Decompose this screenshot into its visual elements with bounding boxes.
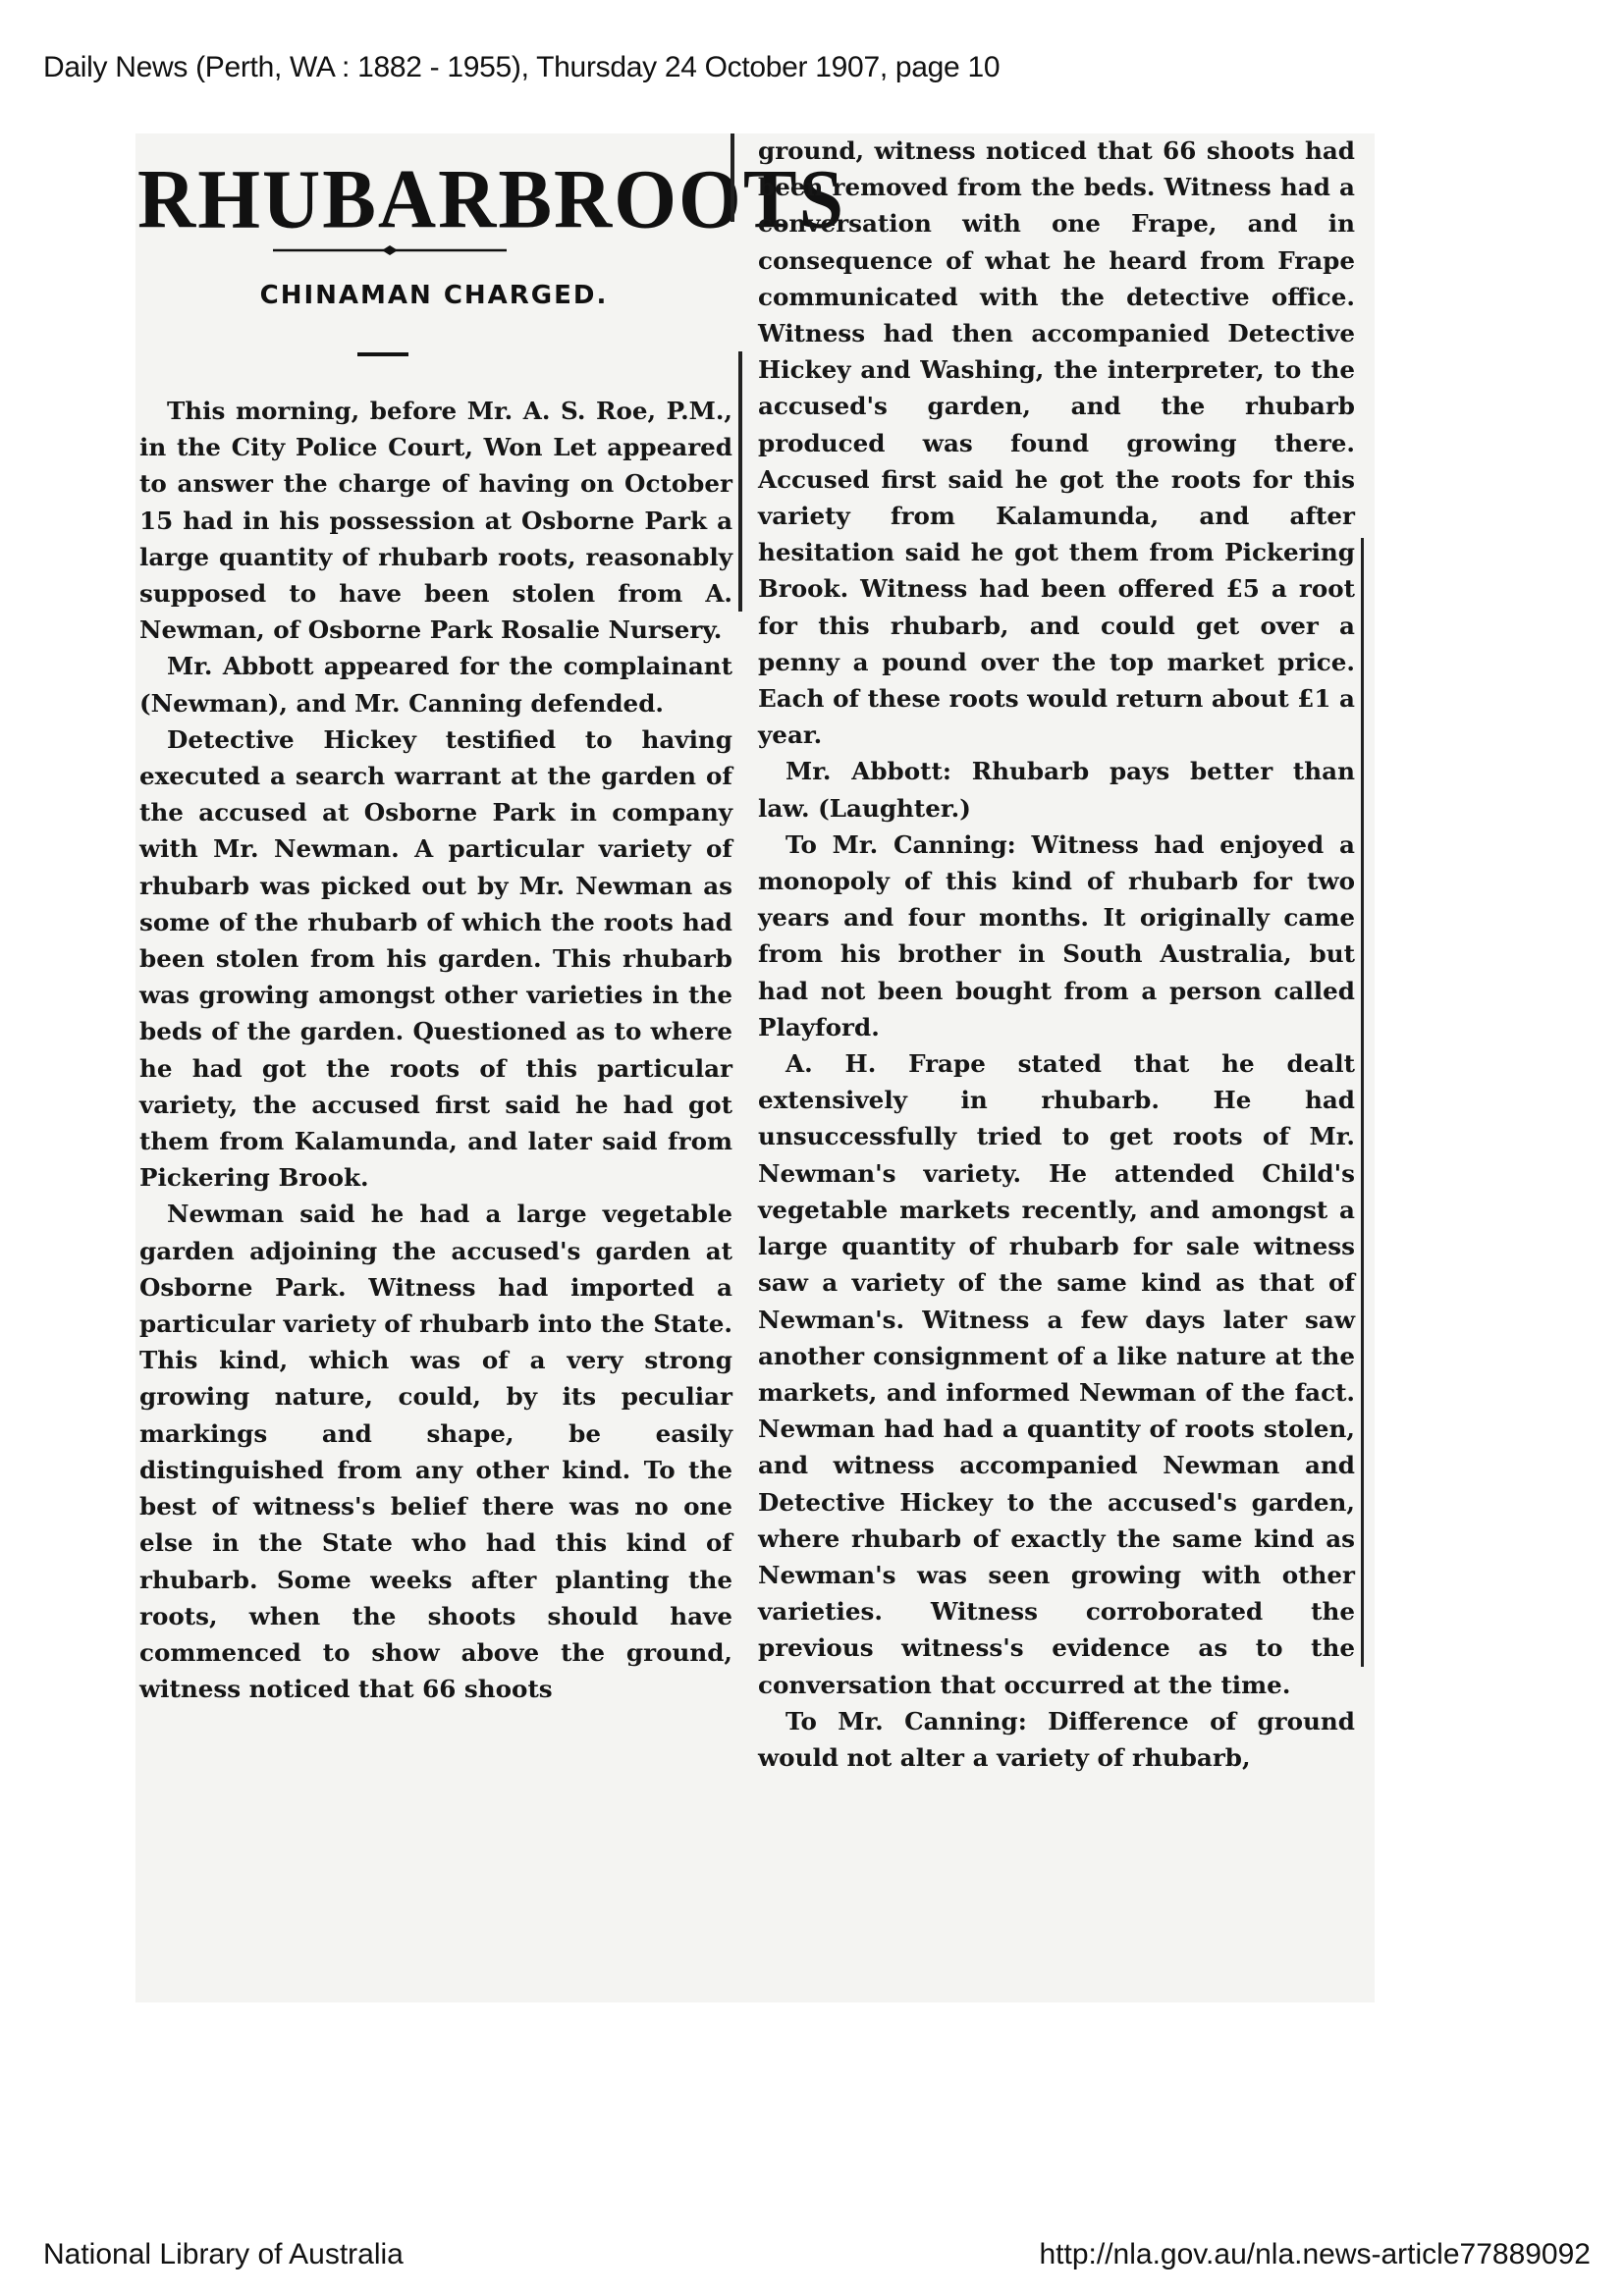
column-rule — [731, 133, 734, 222]
section-divider — [357, 352, 408, 356]
paragraph: Detective Hickey testified to having exe… — [139, 721, 732, 1197]
article-column-left: This morning, before Mr. A. S. Roe, P.M.… — [139, 393, 732, 1707]
paragraph: To Mr. Canning: Difference of ground wou… — [758, 1703, 1355, 1776]
article-headline: RHUBARB ROOTS — [137, 153, 731, 246]
footer-source: National Library of Australia — [43, 2238, 404, 2271]
paragraph: Mr. Abbott: Rhubarb pays better than law… — [758, 753, 1355, 826]
ornament-rule-icon — [273, 245, 507, 255]
paragraph: Newman said he had a large vegetable gar… — [139, 1196, 732, 1707]
headline-word: RHUBARB — [137, 153, 554, 246]
footer-url[interactable]: http://nla.gov.au/nla.news-article778890… — [1040, 2238, 1592, 2271]
paragraph: This morning, before Mr. A. S. Roe, P.M.… — [139, 393, 732, 648]
paragraph: ground, witness noticed that 66 shoots h… — [758, 133, 1355, 753]
paragraph: A. H. Frape stated that he dealt extensi… — [758, 1045, 1355, 1703]
page-header: Daily News (Perth, WA : 1882 - 1955), Th… — [43, 51, 1000, 84]
article-column-right: ground, witness noticed that 66 shoots h… — [758, 133, 1355, 1776]
column-rule — [1361, 538, 1364, 1667]
paragraph: Mr. Abbott appeared for the complainant … — [139, 648, 732, 721]
article-subheadline: CHINAMAN CHARGED. — [137, 281, 731, 310]
paragraph: To Mr. Canning: Witness had enjoyed a mo… — [758, 827, 1355, 1045]
column-rule — [738, 351, 742, 612]
